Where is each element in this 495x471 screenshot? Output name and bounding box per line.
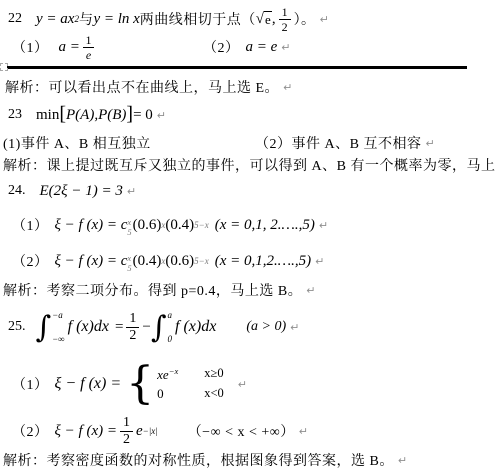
sub-superscript: x5 [127, 218, 131, 237]
question-23-stem: 23 min[P(A),P(B)]= 0 ↵ [8, 103, 166, 127]
sqrt-radicand: e [264, 11, 272, 28]
integral-limits: −a −∞ [52, 310, 65, 345]
exponent: 5−x [194, 220, 209, 230]
divider-rule [7, 66, 467, 69]
exponent: −x [169, 366, 179, 376]
sub-superscript: x5 [127, 254, 131, 273]
paragraph-mark: ↵ [319, 219, 328, 232]
section-divider [0, 62, 495, 69]
paragraph-mark: ↵ [127, 185, 136, 198]
sqrt-sign: √ [256, 11, 264, 28]
paragraph-mark: ↵ [238, 378, 247, 391]
question-number: 25. [8, 319, 26, 335]
exponent: 5−x [194, 256, 209, 266]
paragraph-mark: ↵ [290, 321, 299, 334]
question-25-option-1: （1） ξ − f (x) = { xe−x x≥0 0 x<0 ↵ [12, 358, 247, 410]
paragraph-mark: ↵ [283, 81, 292, 94]
question-22-stem: 22 y = ax2与y = ln x两曲线相切于点（√e, 1 2 ）。 ↵ [8, 4, 329, 34]
formula: y = ax [36, 11, 74, 28]
option-1: (1)事件 A、B 相互独立 [3, 133, 255, 153]
question-24-option-2: （2） ξ − f (x) = cx5(0.4)x(0.6)5−x(x = 0,… [12, 247, 324, 275]
option-2: （2）事件 A、B 互不相容 ↵ [255, 133, 435, 153]
option-2: （2） a = e ↵ [203, 37, 291, 57]
paragraph-mark: ↵ [306, 284, 315, 297]
integral-sign: ∫ [151, 314, 167, 341]
question-25-analysis: 解析：考察密度函数的对称性质，根据图象得到答案，选 B。 ↵ [3, 450, 407, 470]
fraction: 1 2 [120, 416, 133, 447]
resize-handle-icon [0, 63, 8, 71]
left-brace: { [126, 365, 154, 402]
question-25-stem: 25. ∫ −a −∞ f (x)dx = 1 2 − ∫ a 0 f (x)d… [8, 303, 299, 351]
paragraph-mark: ↵ [425, 137, 434, 150]
document-page: { "marks": { "ret": "↵" }, "q22": { "num… [0, 0, 495, 471]
question-23-analysis: 解析：课上提过既互斥又独立的事件，可以得到 A、B 有一个概率为零，马上选 C … [3, 155, 495, 175]
paragraph-mark: ↵ [320, 13, 329, 26]
option-1: （1） a = 1 e [12, 34, 203, 61]
question-23-options: (1)事件 A、B 相互独立 （2）事件 A、B 互不相容 ↵ [3, 133, 435, 153]
paragraph-mark: ↵ [315, 255, 324, 268]
question-number: 23 [8, 107, 22, 123]
question-24-option-1: （1） ξ − f (x) = cx5(0.6)x(0.4)5−x(x = 0,… [12, 211, 328, 239]
question-25-option-2: （2） ξ − f (x) = 1 2 e−|x| （−∞ < x < +∞） … [12, 414, 308, 448]
question-24-stem: 24. E(2ξ − 1) = 3 ↵ [8, 180, 136, 202]
integral-limits: a 0 [168, 310, 173, 345]
question-24-analysis: 解析：考察二项分布。得到 p=0.4，马上选 B。 ↵ [3, 280, 315, 300]
integral-sign: ∫ [36, 314, 52, 341]
paragraph-mark: ↵ [281, 41, 290, 54]
question-22-analysis: 解析：可以看出点不在曲线上，马上选 E。 ↵ [5, 77, 292, 97]
piecewise-cases: xe−x x≥0 0 x<0 [157, 366, 224, 402]
fraction: 1 e [83, 34, 94, 61]
fraction: 1 2 [279, 6, 291, 33]
question-22-options: （1） a = 1 e （2） a = e ↵ [12, 32, 291, 62]
question-number: 24. [8, 183, 26, 199]
right-bracket: ] [126, 104, 133, 124]
paragraph-mark: ↵ [398, 454, 407, 467]
exponent: −|x| [143, 426, 158, 436]
fraction: 1 2 [126, 312, 139, 343]
left-bracket: [ [59, 104, 66, 124]
paragraph-mark: ↵ [157, 109, 166, 122]
paragraph-mark: ↵ [299, 425, 308, 438]
question-number: 22 [8, 11, 22, 27]
